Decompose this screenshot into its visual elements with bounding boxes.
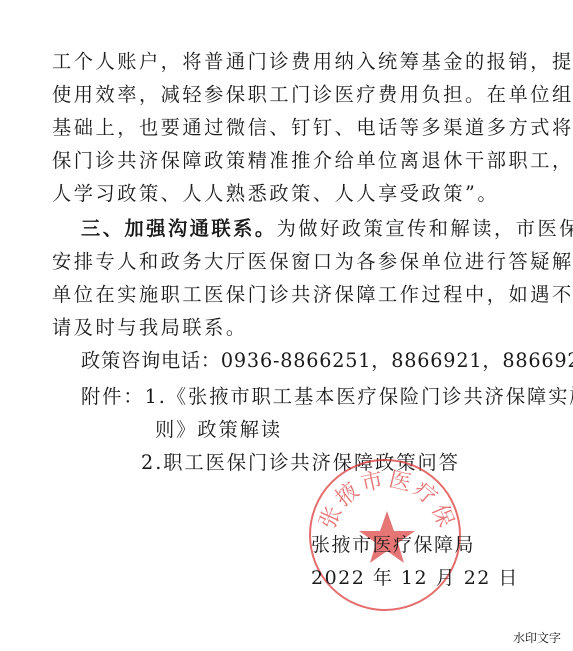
paragraph-2-line-2: 安排专人和政务大厅医保窗口为各参保单位进行答疑解惑。各	[52, 250, 476, 274]
phone-label: 政策咨询电话：	[81, 349, 221, 372]
phone-line: 政策咨询电话：0936-8866251，8866921，8866923	[81, 349, 505, 373]
paragraph-1-line-1: 工个人账户，将普通门诊费用纳入统筹基金的报销，提升基金	[52, 50, 476, 74]
attachment-1-title-cont: 则》政策解读	[155, 418, 573, 442]
section-heading: 三、加强沟通联系。	[81, 217, 277, 240]
issue-date: 2022 年 12 月 22 日	[311, 566, 519, 590]
document-page: 工个人账户，将普通门诊费用纳入统筹基金的报销，提升基金 使用效率，减轻参保职工门…	[0, 0, 573, 651]
paragraph-1-line-4: 保门诊共济保障政策精准推介给单位离退休干部职工，确保“人	[52, 149, 476, 173]
watermark-text: 水印文字	[513, 629, 561, 646]
attachment-line-1: 附件：1.《张掖市职工基本医疗保险门诊共济保障实施细	[81, 385, 505, 409]
paragraph-2-line-4: 请及时与我局联系。	[52, 316, 476, 340]
paragraph-1-line-5: 人学习政策、人人熟悉政策、人人享受政策”。	[52, 182, 476, 206]
paragraph-1-line-3: 基础上，也要通过微信、钉钉、电话等多渠道多方式将职工医	[52, 116, 476, 140]
attachment-label: 附件：	[81, 385, 145, 408]
paragraph-2-line-1: 三、加强沟通联系。为做好政策宣传和解读，市医保局将	[81, 217, 476, 241]
paragraph-1-line-2: 使用效率，减轻参保职工门诊医疗费用负担。在单位组织学习	[52, 83, 476, 107]
attachment-1-title: 1.《张掖市职工基本医疗保险门诊共济保障实施细	[145, 385, 573, 408]
issuer-name: 张掖市医疗保障局	[311, 533, 475, 557]
paragraph-2-first-line-text: 为做好政策宣传和解读，市医保局将	[277, 217, 573, 240]
phone-numbers: 0936-8866251，8866921，8866923	[221, 349, 573, 372]
paragraph-2-line-3: 单位在实施职工医保门诊共济保障工作过程中，如遇不明事项，	[52, 283, 476, 307]
